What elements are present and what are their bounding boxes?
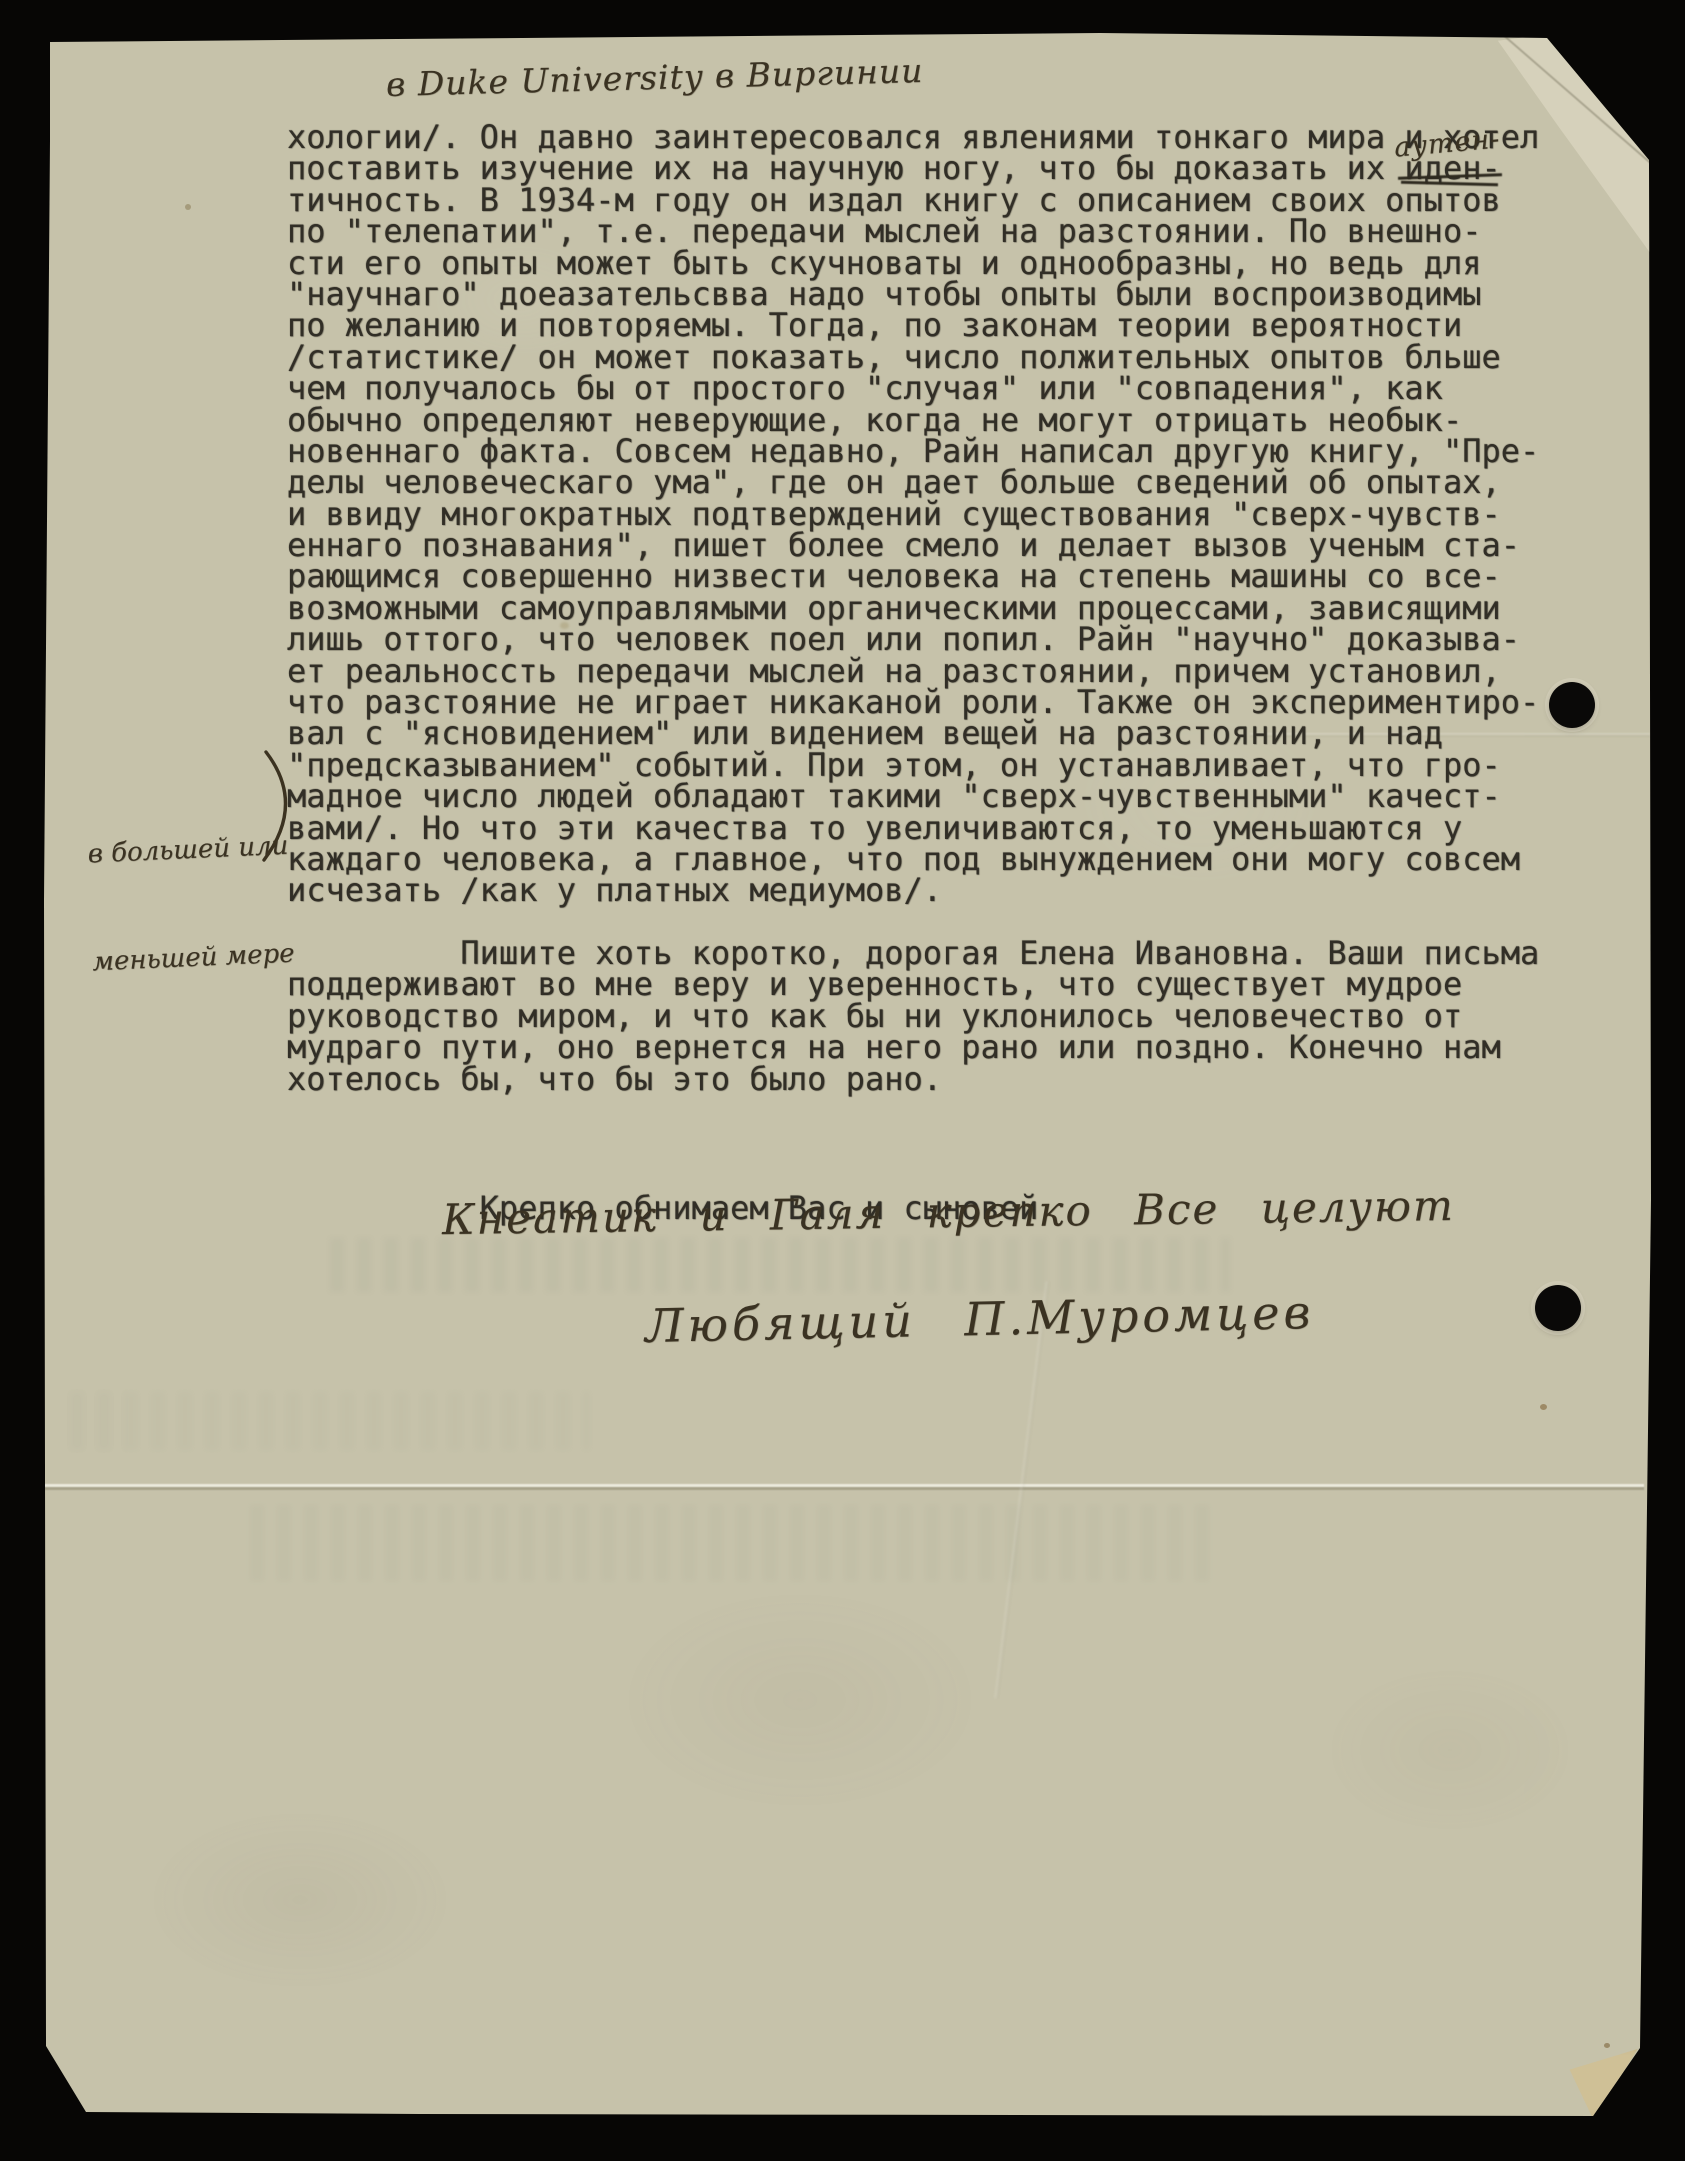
typed-line: по "телепатии", т.е. передачи мыслей на …	[287, 216, 1539, 247]
handwritten-location-note: в Duke University в Виргинии	[386, 51, 924, 104]
ink-bleedthrough	[70, 1392, 590, 1450]
letter-page: в Duke University в Виргинии хологии/. О…	[0, 0, 1685, 2161]
typed-line: чем получалось бы от простого "случая" и…	[287, 373, 1539, 404]
typed-line: мадное число людей обладают такими "свер…	[287, 781, 1539, 812]
typed-line: лишь оттого, что человек поел или попил.…	[287, 624, 1539, 655]
typed-line: исчезать /как у платных медиумов/.	[287, 875, 1539, 906]
typed-paragraph-closing: Пишите хоть коротко, дорогая Елена Ивано…	[287, 938, 1539, 1095]
typed-paragraph-main: хологии/. Он давно заинтересовался явлен…	[287, 122, 1539, 907]
fold-crease	[44, 1484, 1644, 1490]
typed-line: хотелось бы, что бы это было рано.	[287, 1064, 1539, 1095]
tape-bottom-right	[1560, 2046, 1640, 2120]
handwritten-signature: Любящий П.Муромцев	[645, 1285, 1315, 1353]
typed-line: мудраго пути, оно вернется на него рано …	[287, 1032, 1539, 1063]
paper-speck	[1540, 1404, 1547, 1410]
margin-bracket-icon	[260, 750, 304, 862]
punch-hole-bottom	[1535, 1285, 1581, 1331]
paper-speck	[185, 204, 191, 210]
scan-background: в Duke University в Виргинии хологии/. О…	[0, 0, 1685, 2161]
punch-hole-top	[1549, 682, 1595, 728]
paper-speck	[1604, 2043, 1610, 2048]
typed-line: делы человеческаго ума", где он дает бол…	[287, 467, 1539, 498]
margin-note-line: меньшей мере	[92, 936, 296, 981]
ink-bleedthrough	[250, 1505, 1210, 1581]
